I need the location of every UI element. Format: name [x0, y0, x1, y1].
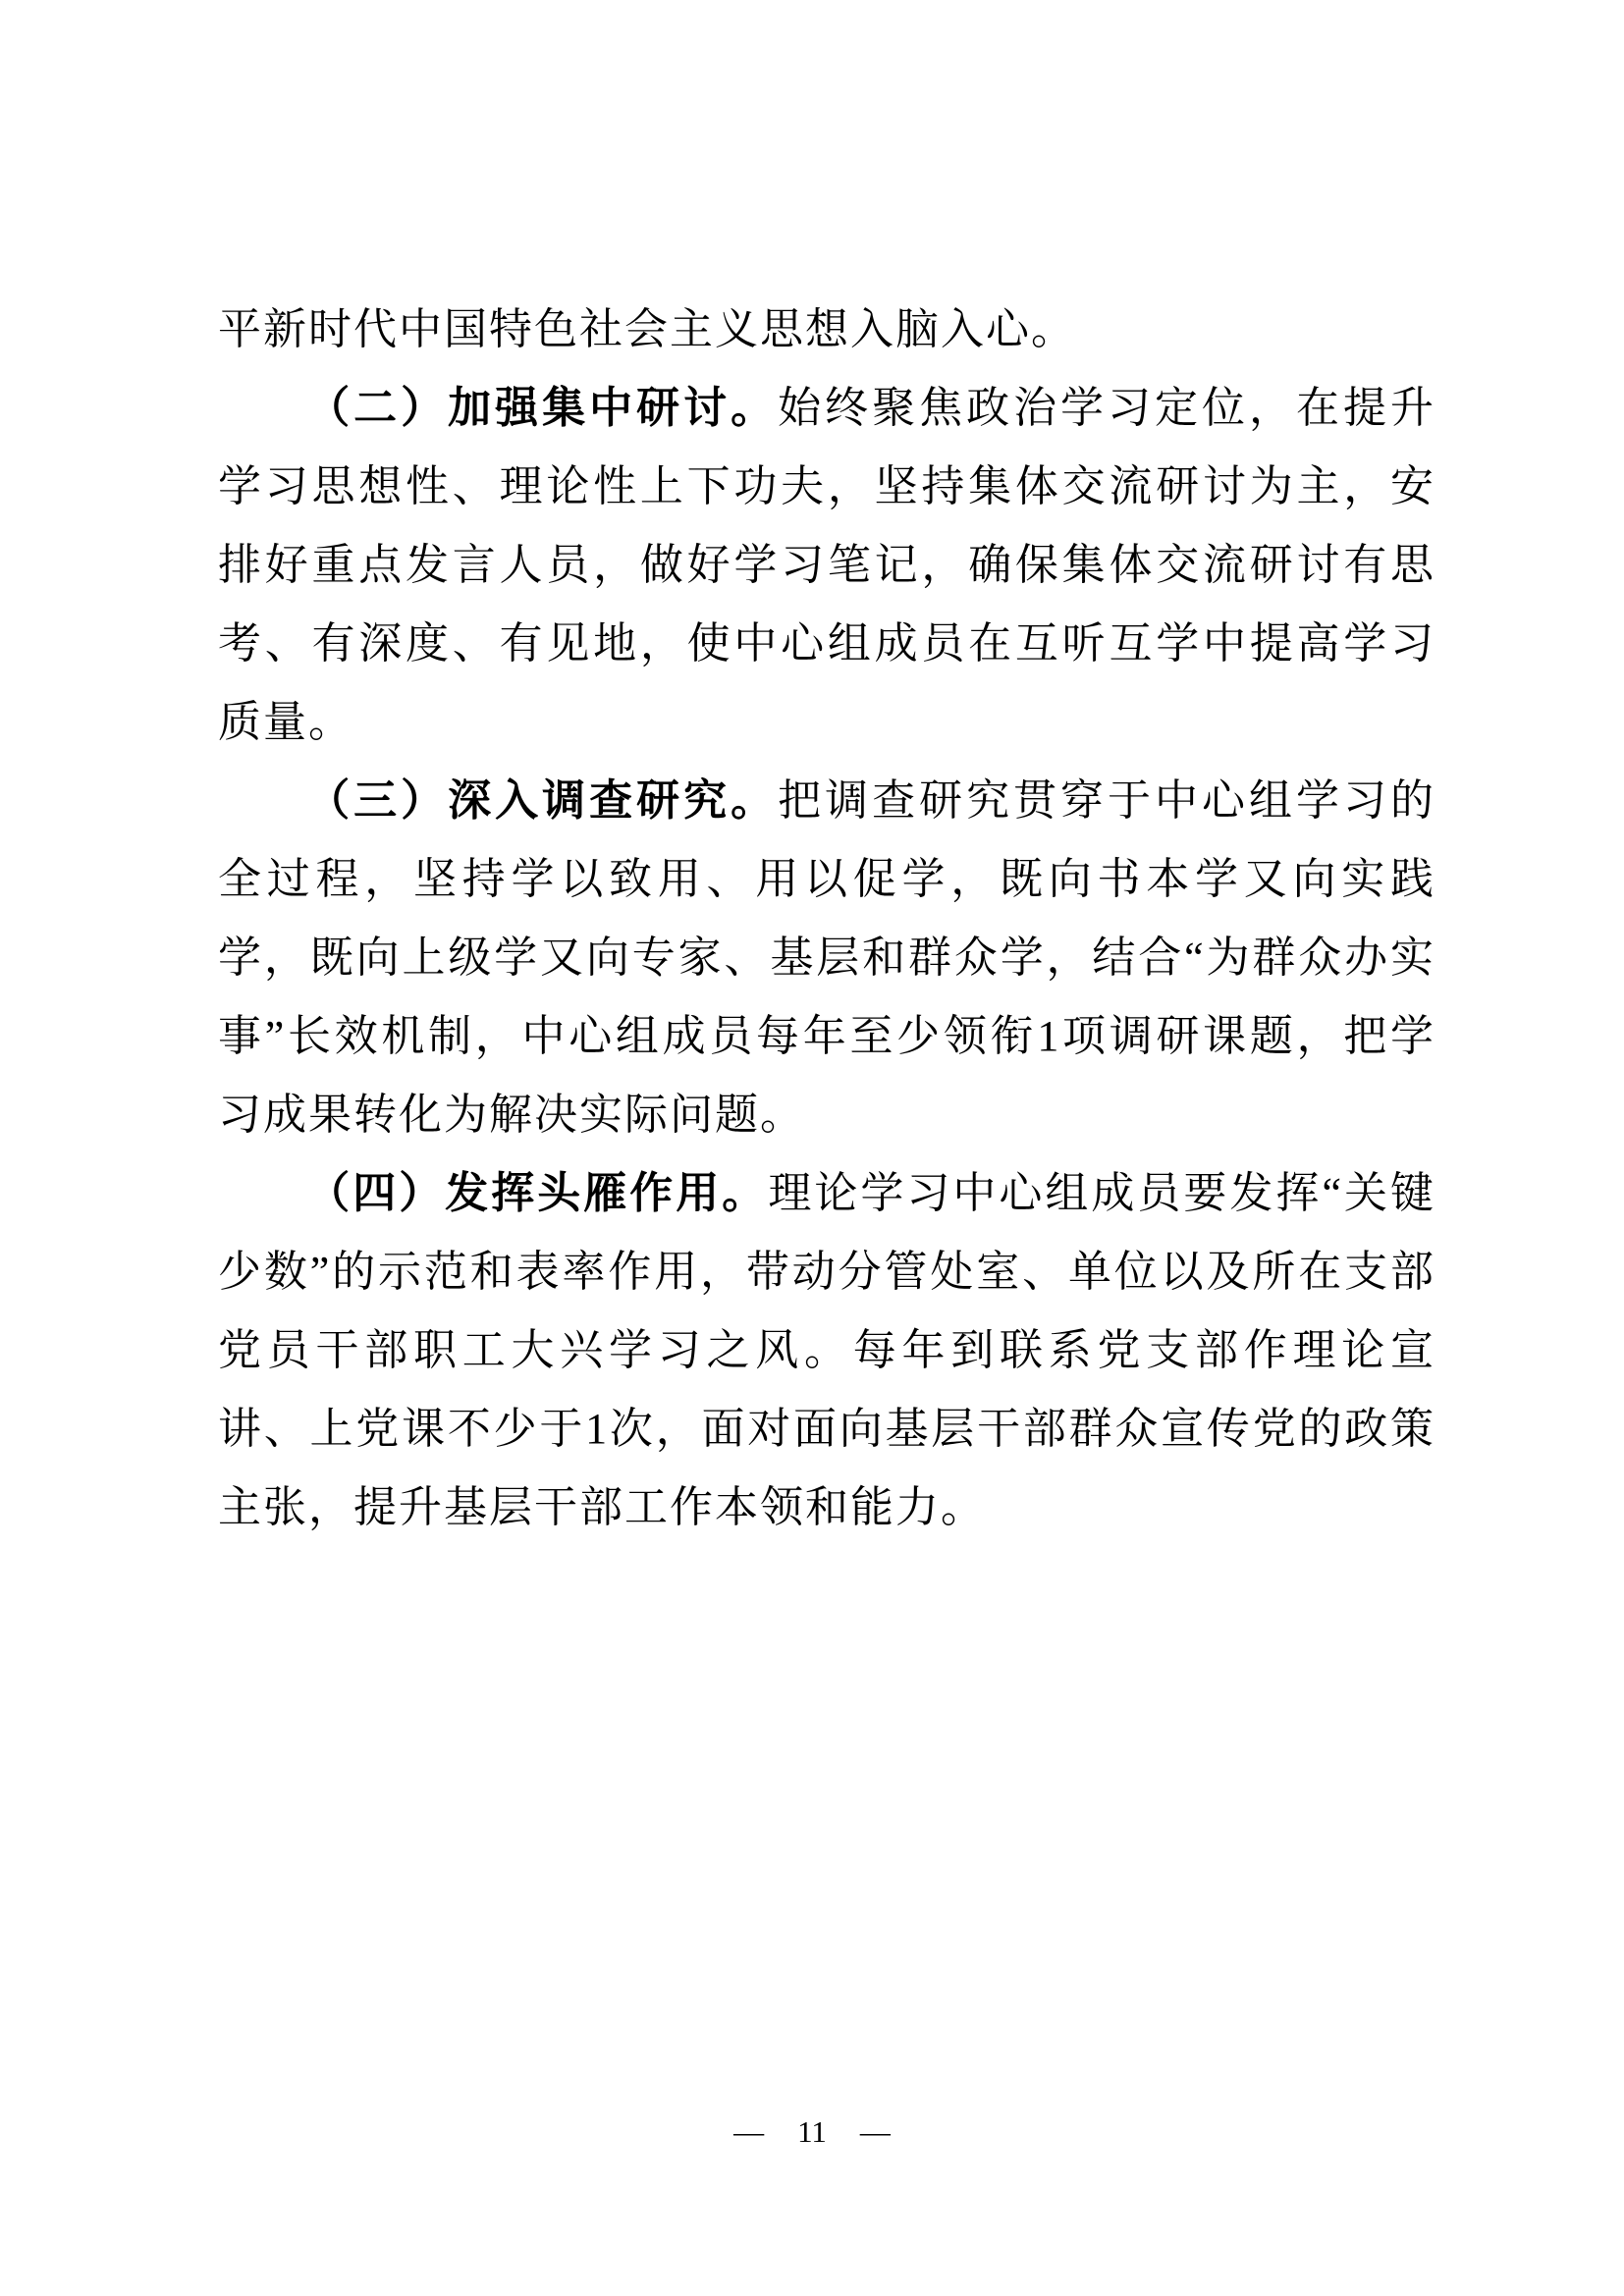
paragraph-text: 平新时代中国特色社会主义思想入脑入心。 [218, 305, 1076, 353]
footer-dash-left: — [733, 2112, 764, 2152]
paragraph-text: 始终聚焦政治学习定位，在提升学习思想性、理论性上下功夫，坚持集体交流研讨为主，安… [218, 384, 1435, 746]
document-body: 平新时代中国特色社会主义思想入脑入心。 （二）加强集中研讨。始终聚焦政治学习定位… [218, 291, 1435, 1547]
paragraph-item-3: （三）深入调查研究。把调查研究贯穿于中心组学习的全过程，坚持学以致用、用以促学，… [218, 762, 1435, 1154]
paragraph-text: 理论学习中心组成员要发挥“关键少数”的示范和表率作用，带动分管处室、单位以及所在… [218, 1169, 1435, 1531]
paragraph-lead: （二）加强集中研讨。 [306, 384, 778, 432]
document-page: 平新时代中国特色社会主义思想入脑入心。 （二）加强集中研讨。始终聚焦政治学习定位… [0, 0, 1624, 2296]
paragraph-lead: （三）深入调查研究。 [306, 776, 778, 825]
paragraph-lead: （四）发挥头雁作用。 [306, 1169, 768, 1217]
paragraph-text: 把调查研究贯穿于中心组学习的全过程，坚持学以致用、用以促学，既向书本学又向实践学… [218, 776, 1435, 1139]
paragraph-continuation: 平新时代中国特色社会主义思想入脑入心。 [218, 291, 1435, 369]
paragraph-item-2: （二）加强集中研讨。始终聚焦政治学习定位，在提升学习思想性、理论性上下功夫，坚持… [218, 369, 1435, 762]
page-number: 11 [797, 2112, 827, 2152]
footer-dash-right: — [860, 2112, 891, 2152]
page-footer: — 11 — [0, 2112, 1624, 2152]
paragraph-item-4: （四）发挥头雁作用。理论学习中心组成员要发挥“关键少数”的示范和表率作用，带动分… [218, 1154, 1435, 1547]
